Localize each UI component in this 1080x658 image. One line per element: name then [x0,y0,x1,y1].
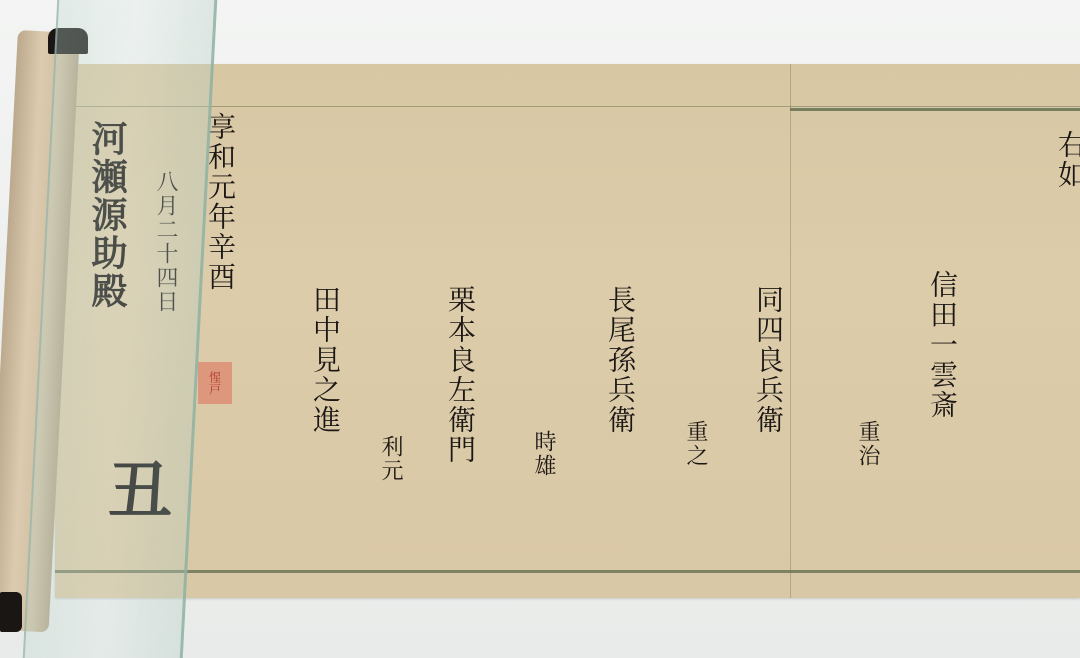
name-1: 信田一雲斎 [922,270,962,420]
given-3: 時雄 [528,430,559,478]
top-rule-line-right [790,108,1080,111]
rod-cap-bottom [0,592,22,632]
right-edge-text: 右如 [1050,130,1080,190]
given-2: 重之 [680,420,711,468]
name-3: 長尾孫兵衛 [600,285,640,435]
name-5: 田中見之進 [305,285,345,435]
name-4: 栗本良左衛門 [440,285,480,465]
given-1: 重治 [852,420,883,468]
red-seal: 惺戸 [198,362,232,404]
name-2: 同四良兵衛 [748,285,788,435]
paper-seam [790,64,791,598]
given-4: 利元 [375,435,406,483]
bottom-rule-line [55,570,1080,573]
